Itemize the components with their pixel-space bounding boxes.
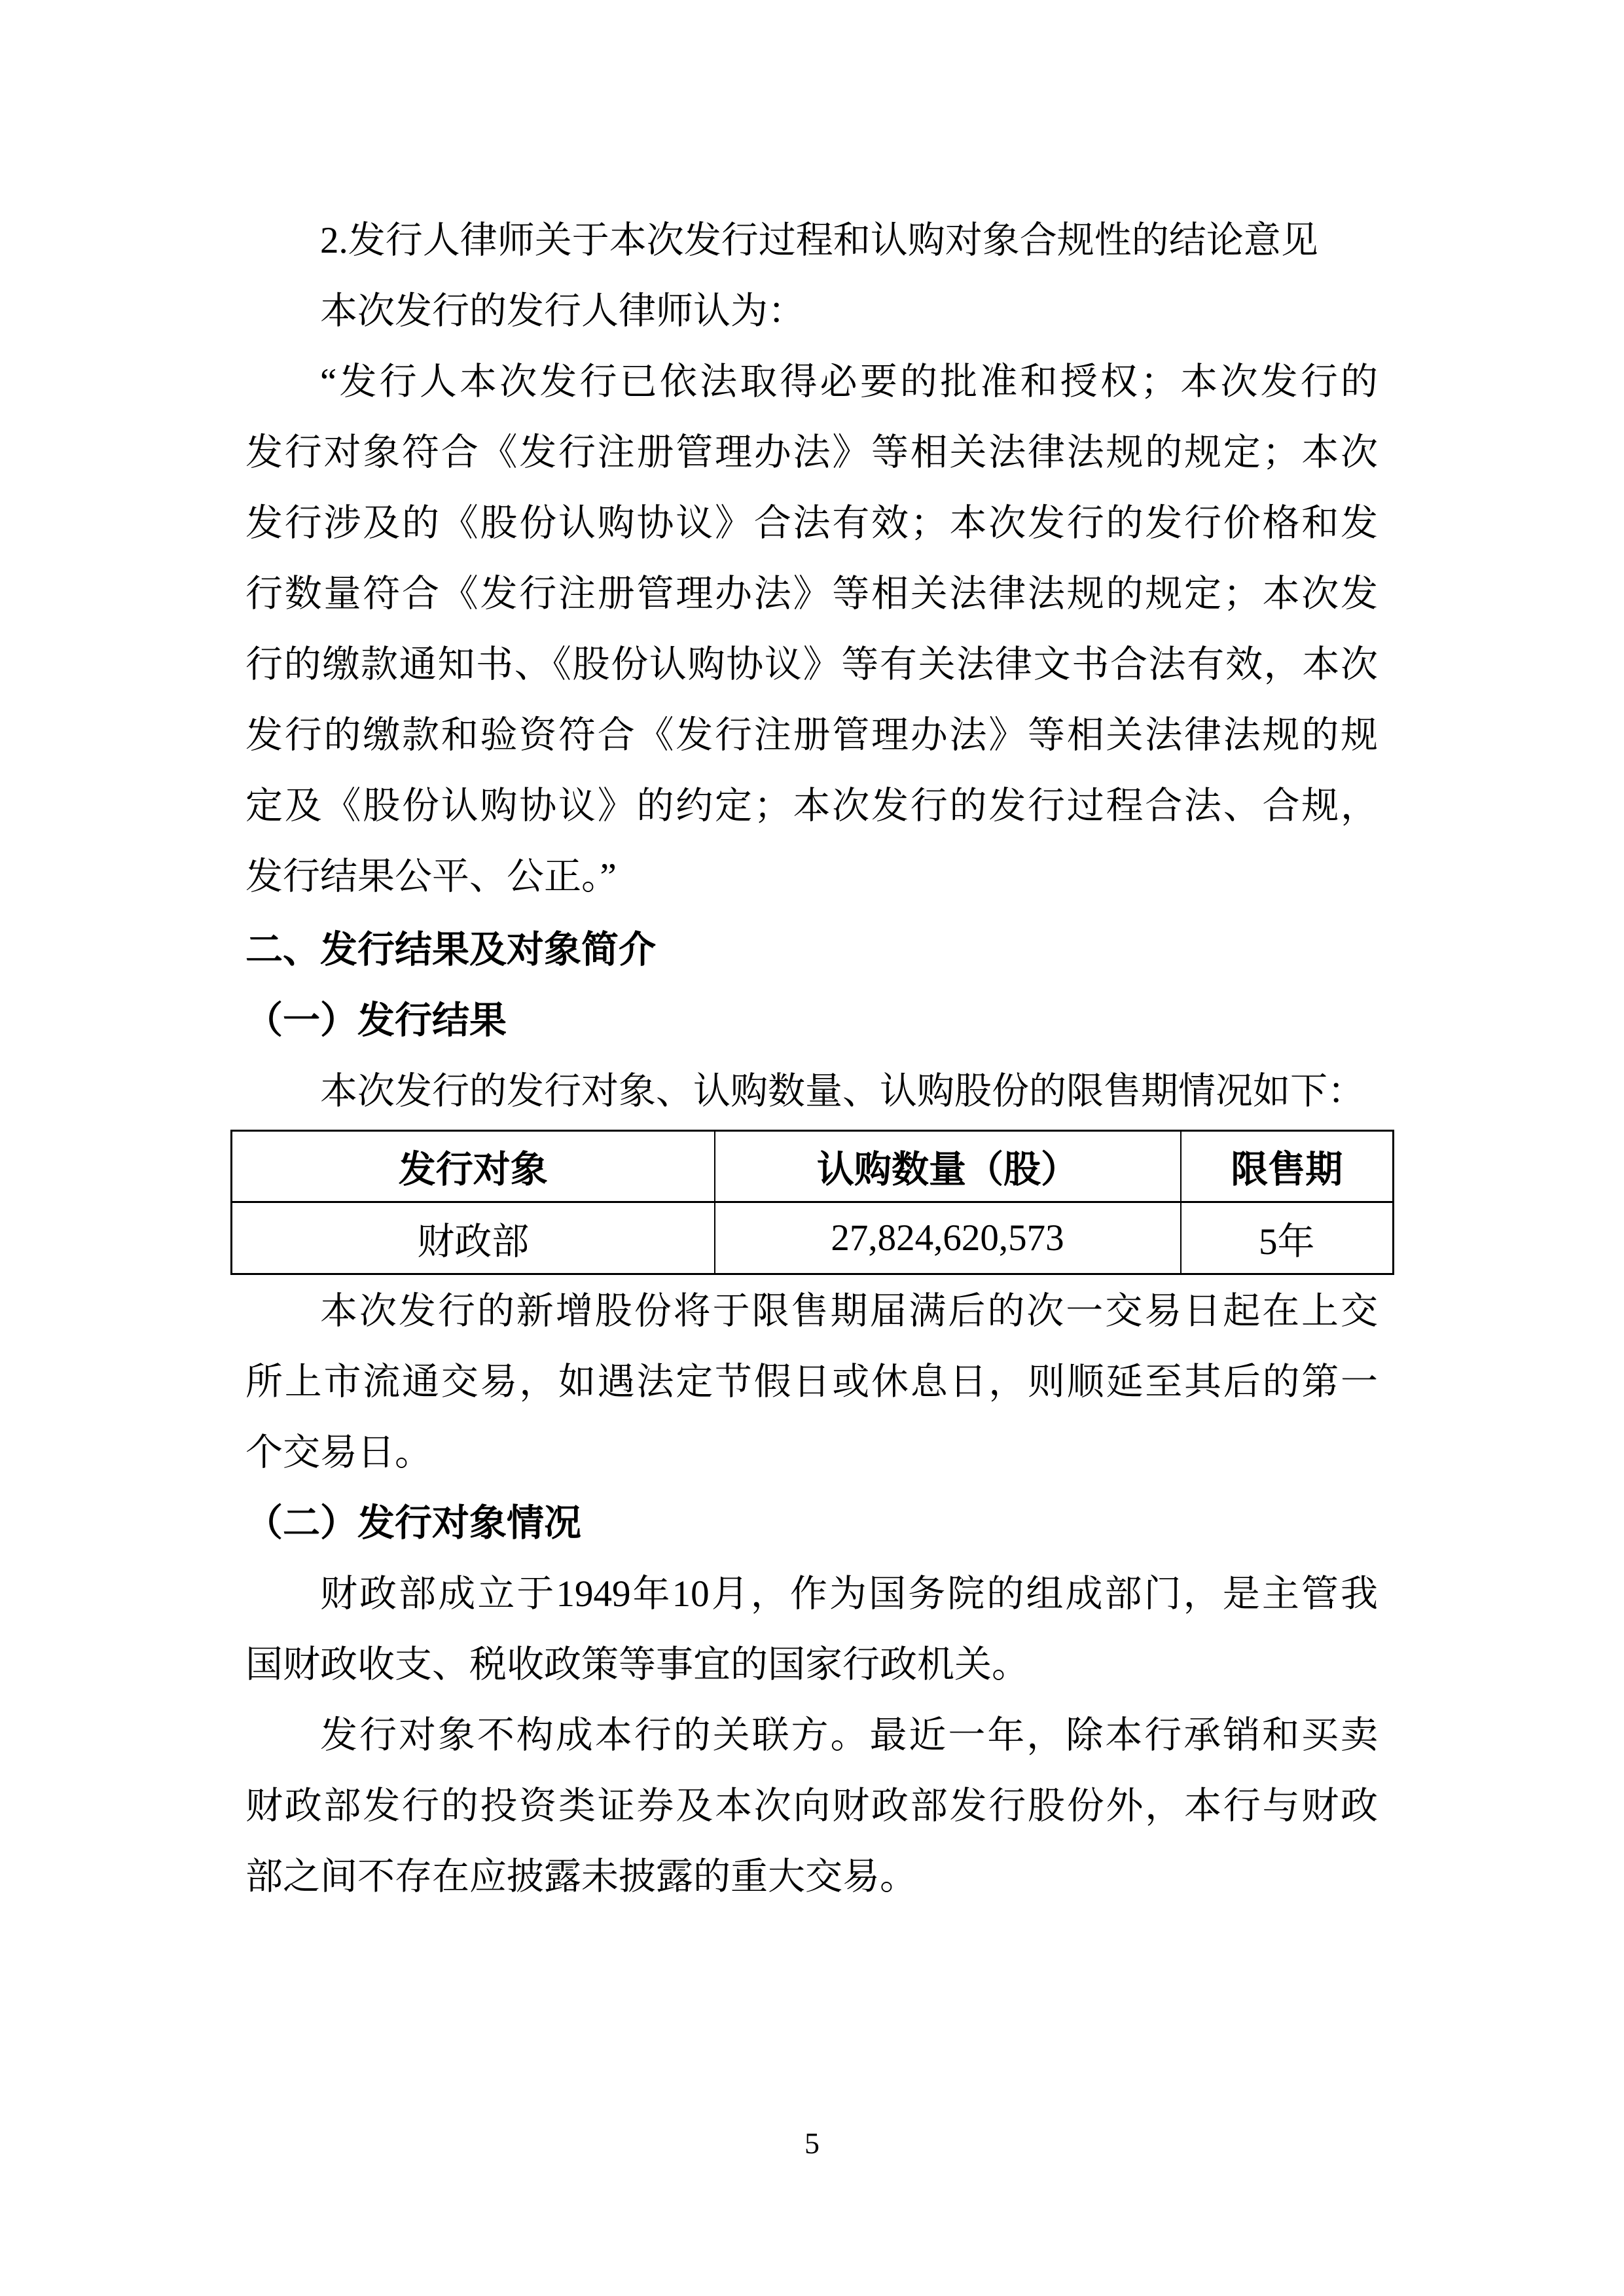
para-quote-line-5: 行的缴款通知书、《股份认购协议》等有关法律文书合法有效，本次 (245, 630, 1378, 700)
table-header-issue-object: 发行对象 (232, 1131, 715, 1202)
table-data-row: 财政部 27,824,620,573 5年 (232, 1202, 1394, 1274)
para-quote-line-2: 发行对象符合《发行注册管理办法》等相关法律法规的规定；本次 (245, 418, 1378, 488)
para-listing-line-1: 本次发行的新增股份将于限售期届满后的次一交易日起在上交 (245, 1276, 1378, 1347)
para-quote-line-1: “发行人本次发行已依法取得必要的批准和授权；本次发行的 (245, 347, 1378, 418)
heading-lawyer-conclusion: 2.发行人律师关于本次发行过程和认购对象合规性的结论意见 (245, 206, 1378, 276)
table-header-row: 发行对象 认购数量（股） 限售期 (232, 1131, 1394, 1202)
cell-lockup-period: 5年 (1181, 1202, 1394, 1274)
para-mof-intro-line-1: 财政部成立于1949年10月，作为国务院的组成部门，是主管我 (245, 1559, 1378, 1630)
table-header-subscription-quantity: 认购数量（股） (715, 1131, 1181, 1202)
para-mof-intro-line-2: 国财政收支、税收政策等事宜的国家行政机关。 (245, 1630, 1378, 1700)
para-listing-line-3: 个交易日。 (245, 1418, 1378, 1488)
para-listing-line-2: 所上市流通交易，如遇法定节假日或休息日，则顺延至其后的第一 (245, 1347, 1378, 1418)
subsection-heading-1-issuance-result: （一）发行结果 (245, 986, 1378, 1056)
table-header-lockup-period: 限售期 (1181, 1131, 1394, 1202)
cell-issue-object: 财政部 (232, 1202, 715, 1274)
subsection-heading-2-issue-target: （二）发行对象情况 (245, 1488, 1378, 1559)
document-page: 2.发行人律师关于本次发行过程和认购对象合规性的结论意见 本次发行的发行人律师认… (0, 0, 1624, 2296)
para-quote-line-7: 定及《股份认购协议》的约定；本次发行的发行过程合法、合规， (245, 771, 1378, 842)
para-lawyer-opinion-lead: 本次发行的发行人律师认为： (245, 276, 1378, 347)
para-quote-line-3: 发行涉及的《股份认购协议》合法有效；本次发行的发行价格和发 (245, 488, 1378, 559)
para-related-party-line-3: 部之间不存在应披露未披露的重大交易。 (245, 1842, 1378, 1912)
table-intro-line: 本次发行的发行对象、认购数量、认购股份的限售期情况如下： (245, 1056, 1378, 1127)
para-related-party-line-2: 财政部发行的投资类证券及本次向财政部发行股份外，本行与财政 (245, 1771, 1378, 1842)
para-quote-line-8: 发行结果公平、公正。” (245, 842, 1378, 912)
section-heading-2-issuance-results: 二、发行结果及对象简介 (245, 915, 1378, 986)
page-number: 5 (0, 2124, 1624, 2163)
para-quote-line-4: 行数量符合《发行注册管理办法》等相关法律法规的规定；本次发 (245, 559, 1378, 630)
para-related-party-line-1: 发行对象不构成本行的关联方。最近一年，除本行承销和买卖 (245, 1700, 1378, 1771)
cell-subscription-quantity: 27,824,620,573 (715, 1202, 1181, 1274)
issuance-result-table: 发行对象 认购数量（股） 限售期 财政部 27,824,620,573 5年 (230, 1130, 1394, 1275)
para-quote-line-6: 发行的缴款和验资符合《发行注册管理办法》等相关法律法规的规 (245, 700, 1378, 771)
